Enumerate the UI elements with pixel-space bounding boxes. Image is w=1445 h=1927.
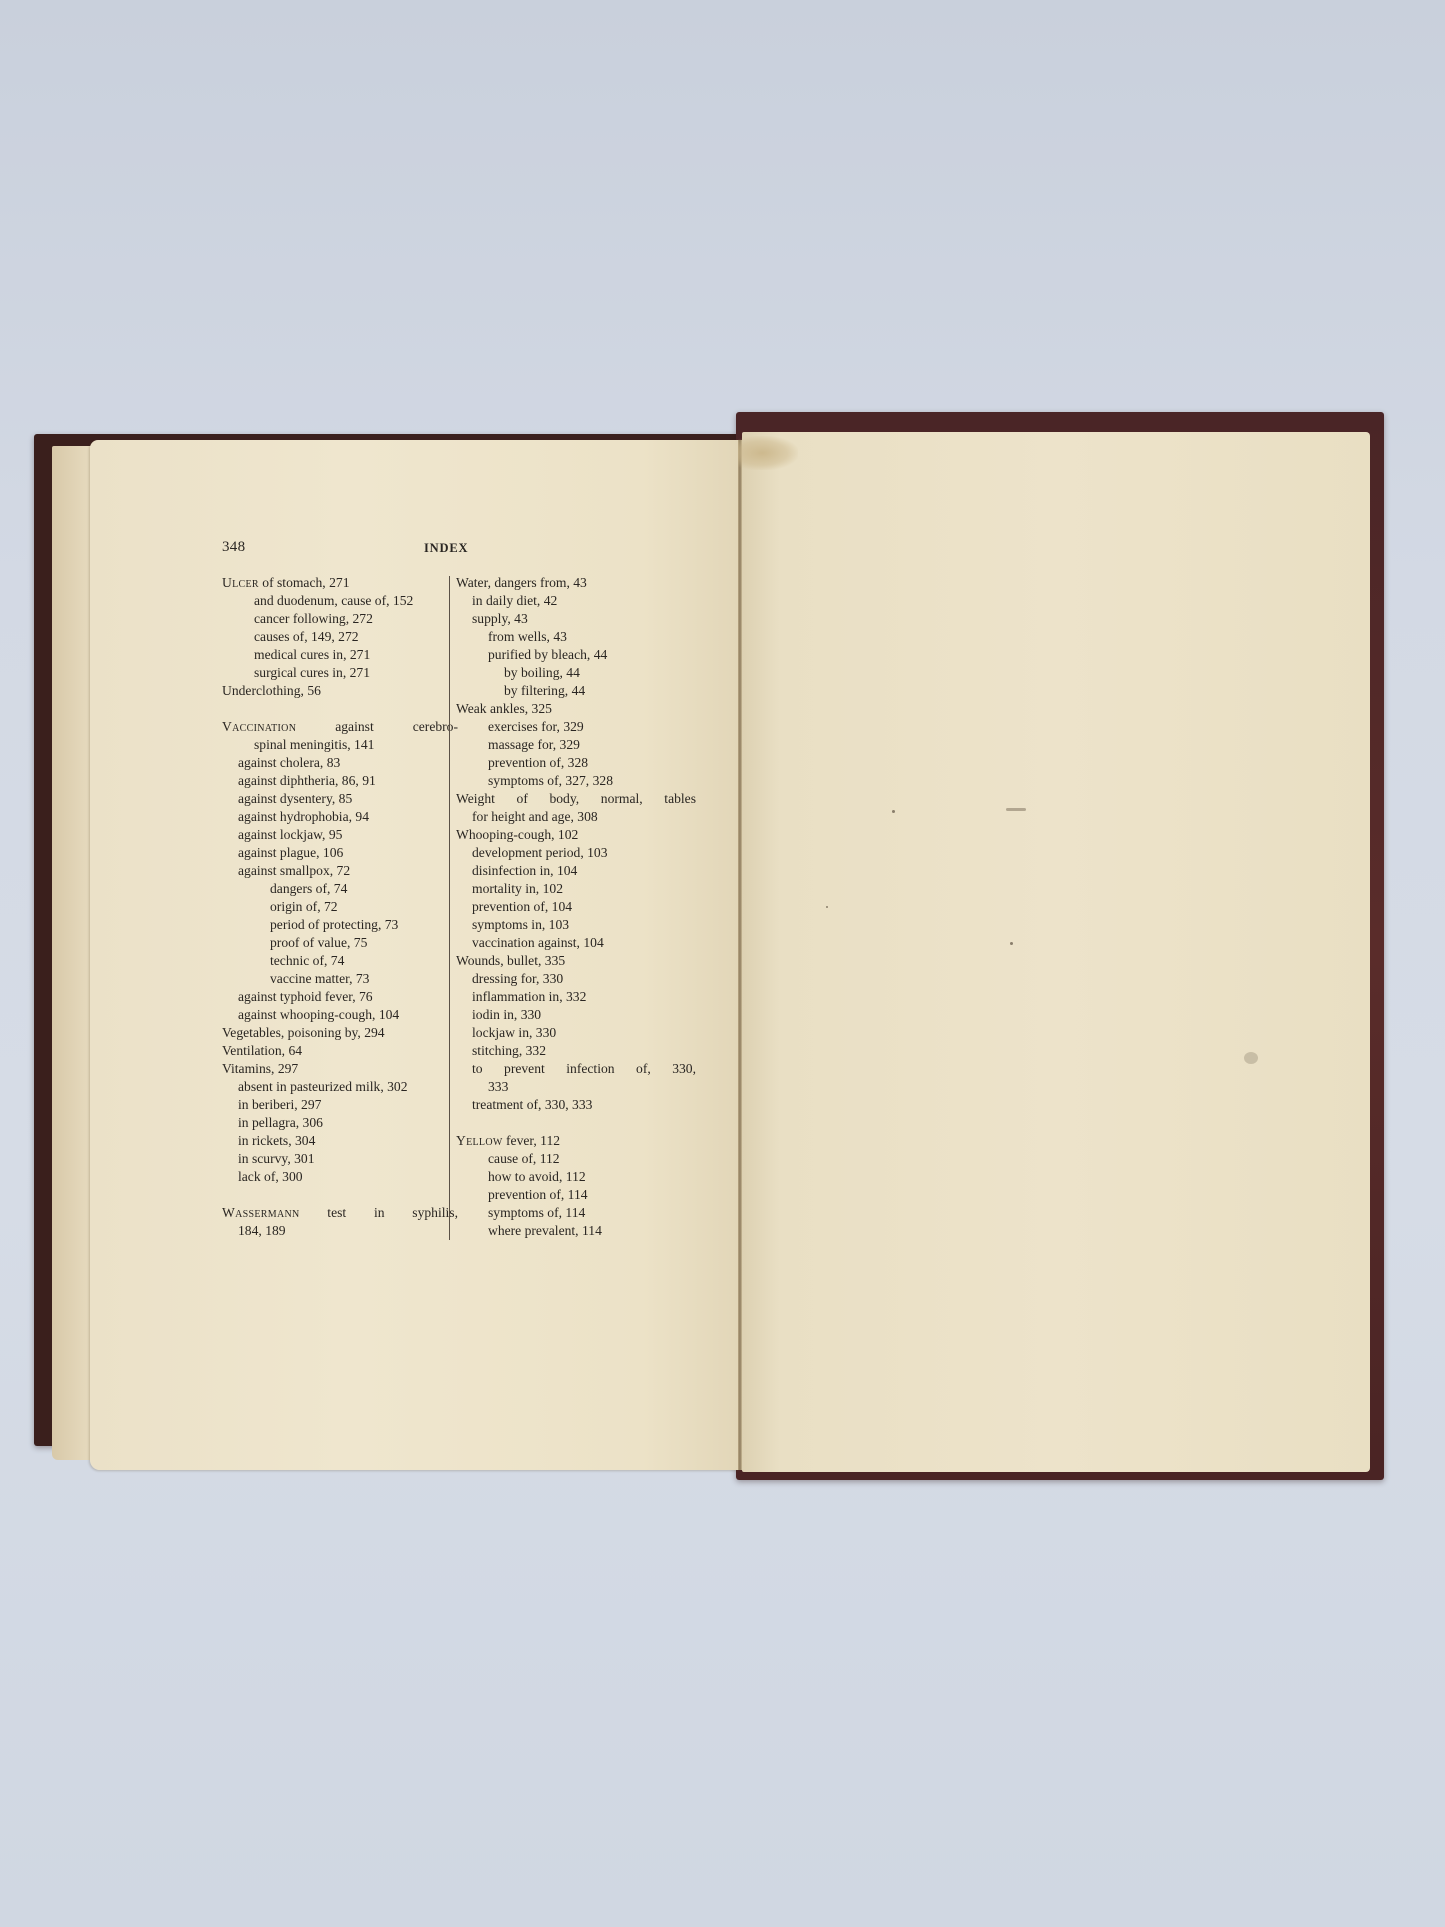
paper-mark [1244,1052,1258,1064]
index-entry-text: Wounds, bullet, 335 [456,953,565,968]
index-entry-lead: Vaccination [222,719,296,734]
index-entry-text: symptoms in, 103 [472,917,569,932]
index-entry-lead: Wassermann [222,1205,300,1220]
index-entry: in beriberi, 297 [222,1096,458,1114]
index-entry-text: absent in pasteurized milk, 302 [238,1079,408,1094]
index-entry: in pellagra, 306 [222,1114,458,1132]
index-entry: vaccination against, 104 [456,934,696,952]
index-entry-text: Ventilation, 64 [222,1043,302,1058]
entry-gap [456,1114,696,1132]
index-entry-text: 184, 189 [238,1223,286,1238]
index-entry: vaccine matter, 73 [222,970,458,988]
index-entry-text: Whooping-cough, 102 [456,827,578,842]
index-entry: disinfection in, 104 [456,862,696,880]
index-entry-text: symptoms of, 327, 328 [488,773,613,788]
index-entry-text: prevention of, 104 [472,899,572,914]
index-entry: prevention of, 104 [456,898,696,916]
index-entry: Water, dangers from, 43 [456,574,696,592]
index-entry-text: causes of, 149, 272 [254,629,359,644]
index-entry-text: 333 [488,1079,508,1094]
index-entry: dressing for, 330 [456,970,696,988]
index-entry-text: dressing for, 330 [472,971,563,986]
index-column-left: Ulcer of stomach, 271and duodenum, cause… [222,574,458,1240]
index-entry: Yellow fever, 112 [456,1132,696,1150]
index-entry: 184, 189 [222,1222,458,1240]
index-entry-text: exercises for, 329 [488,719,584,734]
index-entry-text: spinal meningitis, 141 [254,737,374,752]
index-entry: Wassermann test in syphilis, [222,1204,458,1222]
page-number: 348 [222,538,245,556]
index-entry: Vegetables, poisoning by, 294 [222,1024,458,1042]
index-entry-text: medical cures in, 271 [254,647,370,662]
index-entry: lockjaw in, 330 [456,1024,696,1042]
index-entry-text: dangers of, 74 [270,881,347,896]
index-entry: massage for, 329 [456,736,696,754]
index-entry-text: cause of, 112 [488,1151,560,1166]
index-entry: exercises for, 329 [456,718,696,736]
index-entry-text: disinfection in, 104 [472,863,577,878]
index-entry-lead: Yellow [456,1133,503,1148]
index-entry: Vitamins, 297 [222,1060,458,1078]
index-entry: symptoms of, 114 [456,1204,696,1222]
index-entry: technic of, 74 [222,952,458,970]
index-entry: against dysentery, 85 [222,790,458,808]
index-entry: against cholera, 83 [222,754,458,772]
index-entry: Ventilation, 64 [222,1042,458,1060]
index-entry: iodin in, 330 [456,1006,696,1024]
index-entry-text: against diphtheria, 86, 91 [238,773,376,788]
index-entry: treatment of, 330, 333 [456,1096,696,1114]
index-entry-text: in daily diet, 42 [472,593,557,608]
index-entry: causes of, 149, 272 [222,628,458,646]
running-head: 348 INDEX [222,536,702,558]
index-entry: prevention of, 114 [456,1186,696,1204]
index-entry-text: where prevalent, 114 [488,1223,602,1238]
index-entry-text: Weak ankles, 325 [456,701,552,716]
index-entry-text: vaccine matter, 73 [270,971,369,986]
index-entry: from wells, 43 [456,628,696,646]
index-entry: Weight of body, normal, tables [456,790,696,808]
index-entry-text: against lockjaw, 95 [238,827,342,842]
entry-gap [222,700,458,718]
index-entry-text: treatment of, 330, 333 [472,1097,592,1112]
index-entry-text: massage for, 329 [488,737,580,752]
index-entry: prevention of, 328 [456,754,696,772]
index-entry: period of protecting, 73 [222,916,458,934]
index-entry-text: for height and age, 308 [472,809,598,824]
index-entry-text: proof of value, 75 [270,935,367,950]
index-entry-text: fever, 112 [503,1133,560,1148]
index-entry-text: against plague, 106 [238,845,343,860]
index-entry-text: in pellagra, 306 [238,1115,323,1130]
index-entry: supply, 43 [456,610,696,628]
index-entry-text: how to avoid, 112 [488,1169,586,1184]
index-entry-text: Vegetables, poisoning by, 294 [222,1025,385,1040]
index-entry: proof of value, 75 [222,934,458,952]
index-entry-text: against cholera, 83 [238,755,340,770]
index-entry-text: prevention of, 328 [488,755,588,770]
book-gutter [738,440,742,1470]
index-entry-text: against typhoid fever, 76 [238,989,373,1004]
index-entry: Weak ankles, 325 [456,700,696,718]
index-entry-text: origin of, 72 [270,899,338,914]
index-entry-text: against whooping-cough, 104 [238,1007,399,1022]
index-entry-text: cancer following, 272 [254,611,373,626]
index-entry-text: period of protecting, 73 [270,917,398,932]
index-entry: mortality in, 102 [456,880,696,898]
index-entry-text: lockjaw in, 330 [472,1025,556,1040]
index-entry: Vaccination against cerebro- [222,718,458,736]
index-entry-text: surgical cures in, 271 [254,665,370,680]
index-entry: against lockjaw, 95 [222,826,458,844]
index-entry-text: in scurvy, 301 [238,1151,315,1166]
index-entry: inflammation in, 332 [456,988,696,1006]
index-entry: in scurvy, 301 [222,1150,458,1168]
index-entry: against typhoid fever, 76 [222,988,458,1006]
index-entry: 333 [456,1078,696,1096]
index-entry-lead: Ulcer [222,575,259,590]
index-entry: by boiling, 44 [456,664,696,682]
endpaper-stain [738,436,798,470]
index-entry: against diphtheria, 86, 91 [222,772,458,790]
paper-speck [892,810,895,813]
index-entry-text: vaccination against, 104 [472,935,604,950]
index-entry-text: by filtering, 44 [504,683,585,698]
index-entry: development period, 103 [456,844,696,862]
index-entry: cancer following, 272 [222,610,458,628]
index-entry: dangers of, 74 [222,880,458,898]
index-entry: by filtering, 44 [456,682,696,700]
index-entry-text: purified by bleach, 44 [488,647,607,662]
index-entry: against whooping-cough, 104 [222,1006,458,1024]
index-entry: stitching, 332 [456,1042,696,1060]
index-entry: how to avoid, 112 [456,1168,696,1186]
index-entry: symptoms in, 103 [456,916,696,934]
index-entry: Ulcer of stomach, 271 [222,574,458,592]
entry-gap [222,1186,458,1204]
paper-mark [1006,808,1026,811]
index-entry-text: stitching, 332 [472,1043,546,1058]
index-entry: spinal meningitis, 141 [222,736,458,754]
index-entry: Wounds, bullet, 335 [456,952,696,970]
index-entry: Whooping-cough, 102 [456,826,696,844]
index-column-right: Water, dangers from, 43in daily diet, 42… [456,574,696,1240]
blank-endpaper [742,432,1370,1472]
index-entry: medical cures in, 271 [222,646,458,664]
index-entry-text: by boiling, 44 [504,665,580,680]
index-entry-text: in rickets, 304 [238,1133,315,1148]
index-entry-text: prevention of, 114 [488,1187,588,1202]
index-entry-text: symptoms of, 114 [488,1205,585,1220]
index-entry: surgical cures in, 271 [222,664,458,682]
index-entry-text: iodin in, 330 [472,1007,541,1022]
index-entry-text: Weight of body, normal, tables [456,791,696,806]
index-entry-text: of stomach, 271 [259,575,350,590]
index-entry-text: and duodenum, cause of, 152 [254,593,413,608]
running-title: INDEX [424,539,468,557]
index-entry-text: Underclothing, 56 [222,683,321,698]
index-entry-text: test in syphilis, [300,1205,458,1220]
index-entry: and duodenum, cause of, 152 [222,592,458,610]
index-entry-text: lack of, 300 [238,1169,303,1184]
index-entry: against plague, 106 [222,844,458,862]
index-entry-text: against hydrophobia, 94 [238,809,369,824]
index-entry: for height and age, 308 [456,808,696,826]
index-entry: in rickets, 304 [222,1132,458,1150]
index-content: 348 INDEX Ulcer of stomach, 271and duode… [222,536,702,574]
index-entry-text: development period, 103 [472,845,608,860]
column-divider [449,576,450,1240]
index-entry: against hydrophobia, 94 [222,808,458,826]
index-entry: Underclothing, 56 [222,682,458,700]
index-entry-text: Vitamins, 297 [222,1061,298,1076]
index-entry-text: against smallpox, 72 [238,863,350,878]
index-entry-text: to prevent infection of, 330, [472,1061,696,1076]
index-entry-text: against cerebro- [296,719,458,734]
index-entry: purified by bleach, 44 [456,646,696,664]
index-entry: to prevent infection of, 330, [456,1060,696,1078]
index-entry: symptoms of, 327, 328 [456,772,696,790]
index-entry-text: mortality in, 102 [472,881,563,896]
index-entry-text: against dysentery, 85 [238,791,352,806]
index-entry: where prevalent, 114 [456,1222,696,1240]
index-entry-text: Water, dangers from, 43 [456,575,587,590]
index-entry-text: inflammation in, 332 [472,989,586,1004]
index-entry: cause of, 112 [456,1150,696,1168]
index-entry: lack of, 300 [222,1168,458,1186]
paper-speck [1010,942,1013,945]
index-entry: in daily diet, 42 [456,592,696,610]
index-entry: origin of, 72 [222,898,458,916]
index-entry: absent in pasteurized milk, 302 [222,1078,458,1096]
index-entry-text: in beriberi, 297 [238,1097,321,1112]
paper-speck [826,906,828,908]
index-entry-text: supply, 43 [472,611,528,626]
index-entry: against smallpox, 72 [222,862,458,880]
index-entry-text: technic of, 74 [270,953,344,968]
index-entry-text: from wells, 43 [488,629,567,644]
